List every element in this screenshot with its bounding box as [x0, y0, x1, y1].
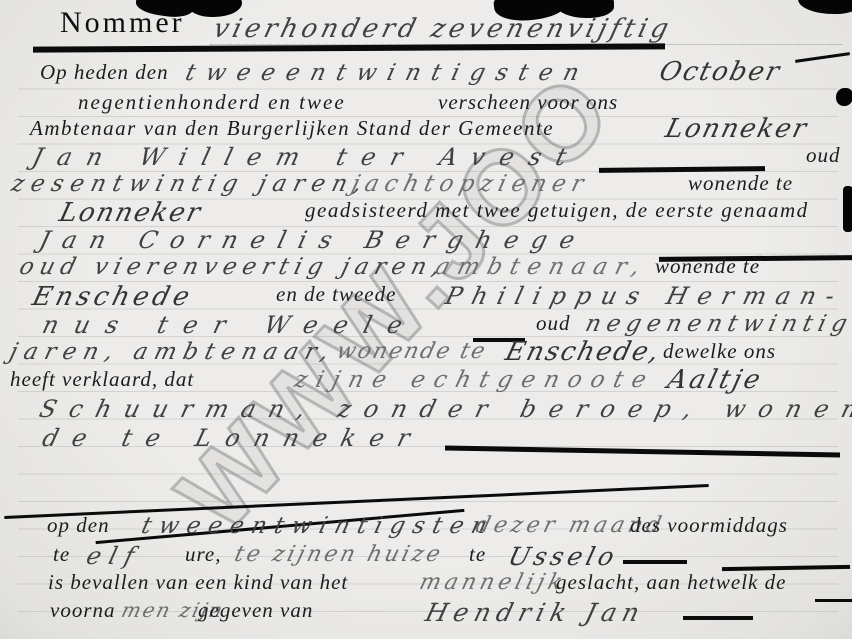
birth-line-1: op den tweeentwintigsten dezer maand des…: [0, 513, 852, 545]
printed-geadsisteerd: geadsisteerd met twee getuigen, de eerst…: [305, 198, 809, 223]
blank-fill-dash: [815, 599, 852, 602]
hand-birth-place: Usselo: [505, 542, 621, 571]
printed-voorna: voorna: [50, 598, 116, 623]
hand-witness2-residence: Enschede,: [502, 337, 664, 367]
printed-year: negentienhonderd en twee: [78, 90, 346, 115]
hand-child-names: Hendrik Jan: [422, 598, 648, 627]
blank-fill-dash: [683, 616, 753, 620]
printed-ambtenaar-gemeente: Ambtenaar van den Burgerlijken Stand der…: [30, 116, 554, 141]
hand-witness2-age: negenentwintig: [583, 311, 852, 337]
act-line-13: Schuurman, zonder beroep, wonen: [0, 395, 852, 427]
hand-wonende-te: wonende te: [334, 339, 490, 364]
hand-witness2-occupation: jaren, ambtenaar,: [7, 339, 338, 365]
printed-oud: oud: [806, 143, 841, 168]
printed-te: te: [53, 542, 70, 567]
printed-te: te: [469, 542, 486, 567]
nommer-label: Nommer: [60, 6, 185, 40]
printed-heeft-verklaard: heeft verklaard, dat: [10, 367, 194, 392]
printed-dewelke-ons: dewelke ons: [663, 339, 776, 364]
printed-wonende-te: wonende te: [655, 254, 760, 279]
printed-geslacht: geslacht, aan hetwelk de: [556, 570, 786, 595]
registration-number-value: vierhonderd zevenenvijftig: [210, 14, 850, 45]
hand-witness1-name: Jan Cornelis Berghege: [37, 226, 591, 254]
header-line: Nommer vierhonderd zevenenvijftig: [0, 6, 852, 38]
hand-day-of-month: tweeentwintigsten: [183, 60, 593, 86]
printed-ure: ure,: [185, 542, 221, 567]
hand-zijne-echtgenoote: zijne echtgenoote: [292, 367, 658, 393]
printed-oud: oud: [536, 311, 571, 336]
birth-line-4: voorna men zijn gegeven van Hendrik Jan: [0, 598, 852, 630]
hand-mother-residence: de te Lonneker: [40, 424, 427, 452]
hand-declarant-occupation: jachtopziener: [349, 171, 592, 197]
hand-witness1-residence: Enschede: [29, 282, 196, 312]
printed-wonende-te: wonende te: [688, 171, 793, 196]
birth-record-scan: WWW.JOO Nommer vierhonderd zevenenvijfti…: [0, 0, 852, 639]
printed-is-bevallen: is bevallen van een kind van het: [48, 570, 348, 595]
act-line-1: Op heden den tweeentwintigsten October: [0, 60, 852, 92]
printed-en-de-tweede: en de tweede: [276, 282, 396, 307]
blank-fill-dash: [623, 560, 687, 564]
hand-mother-surname-occupation: Schuurman, zonder beroep, wonen: [37, 395, 852, 423]
hand-municipality: Lonneker: [662, 114, 811, 144]
hand-mother-firstname: Aaltje: [664, 365, 766, 395]
printed-op-heden-den: Op heden den: [40, 60, 169, 85]
hand-month: October: [656, 57, 784, 87]
hand-declarant-name: Jan Willem ter Avest: [30, 143, 585, 171]
hand-declarant-age: zesentwintig jaren,: [9, 171, 372, 197]
printed-gegeven-van: gegeven van: [198, 598, 313, 623]
hand-residence: Lonneker: [56, 198, 205, 228]
printed-des-voormiddags: des voormiddags: [630, 513, 788, 538]
printed-op-den: op den: [47, 513, 110, 538]
header-rule: [33, 43, 665, 52]
hand-te-zijnen-huize: te zijnen huize: [232, 542, 446, 567]
act-line-9: Enschede en de tweede Philippus Herman-: [0, 282, 852, 314]
printed-verscheen-voor-ons: verscheen voor ons: [438, 90, 618, 115]
hand-birth-hour: elf: [84, 542, 146, 570]
hand-birth-day: tweeentwintigsten: [139, 513, 498, 539]
hand-witness2-name-part2: nus ter Weele: [40, 311, 422, 339]
hand-witness1-age: oud vierenveertig jaren,: [17, 254, 449, 280]
hand-witness2-name-part1: Philippus Herman-: [443, 282, 848, 310]
hand-witness1-occupation: ambtenaar,: [433, 254, 651, 280]
hand-child-gender: mannelijk: [417, 570, 569, 595]
